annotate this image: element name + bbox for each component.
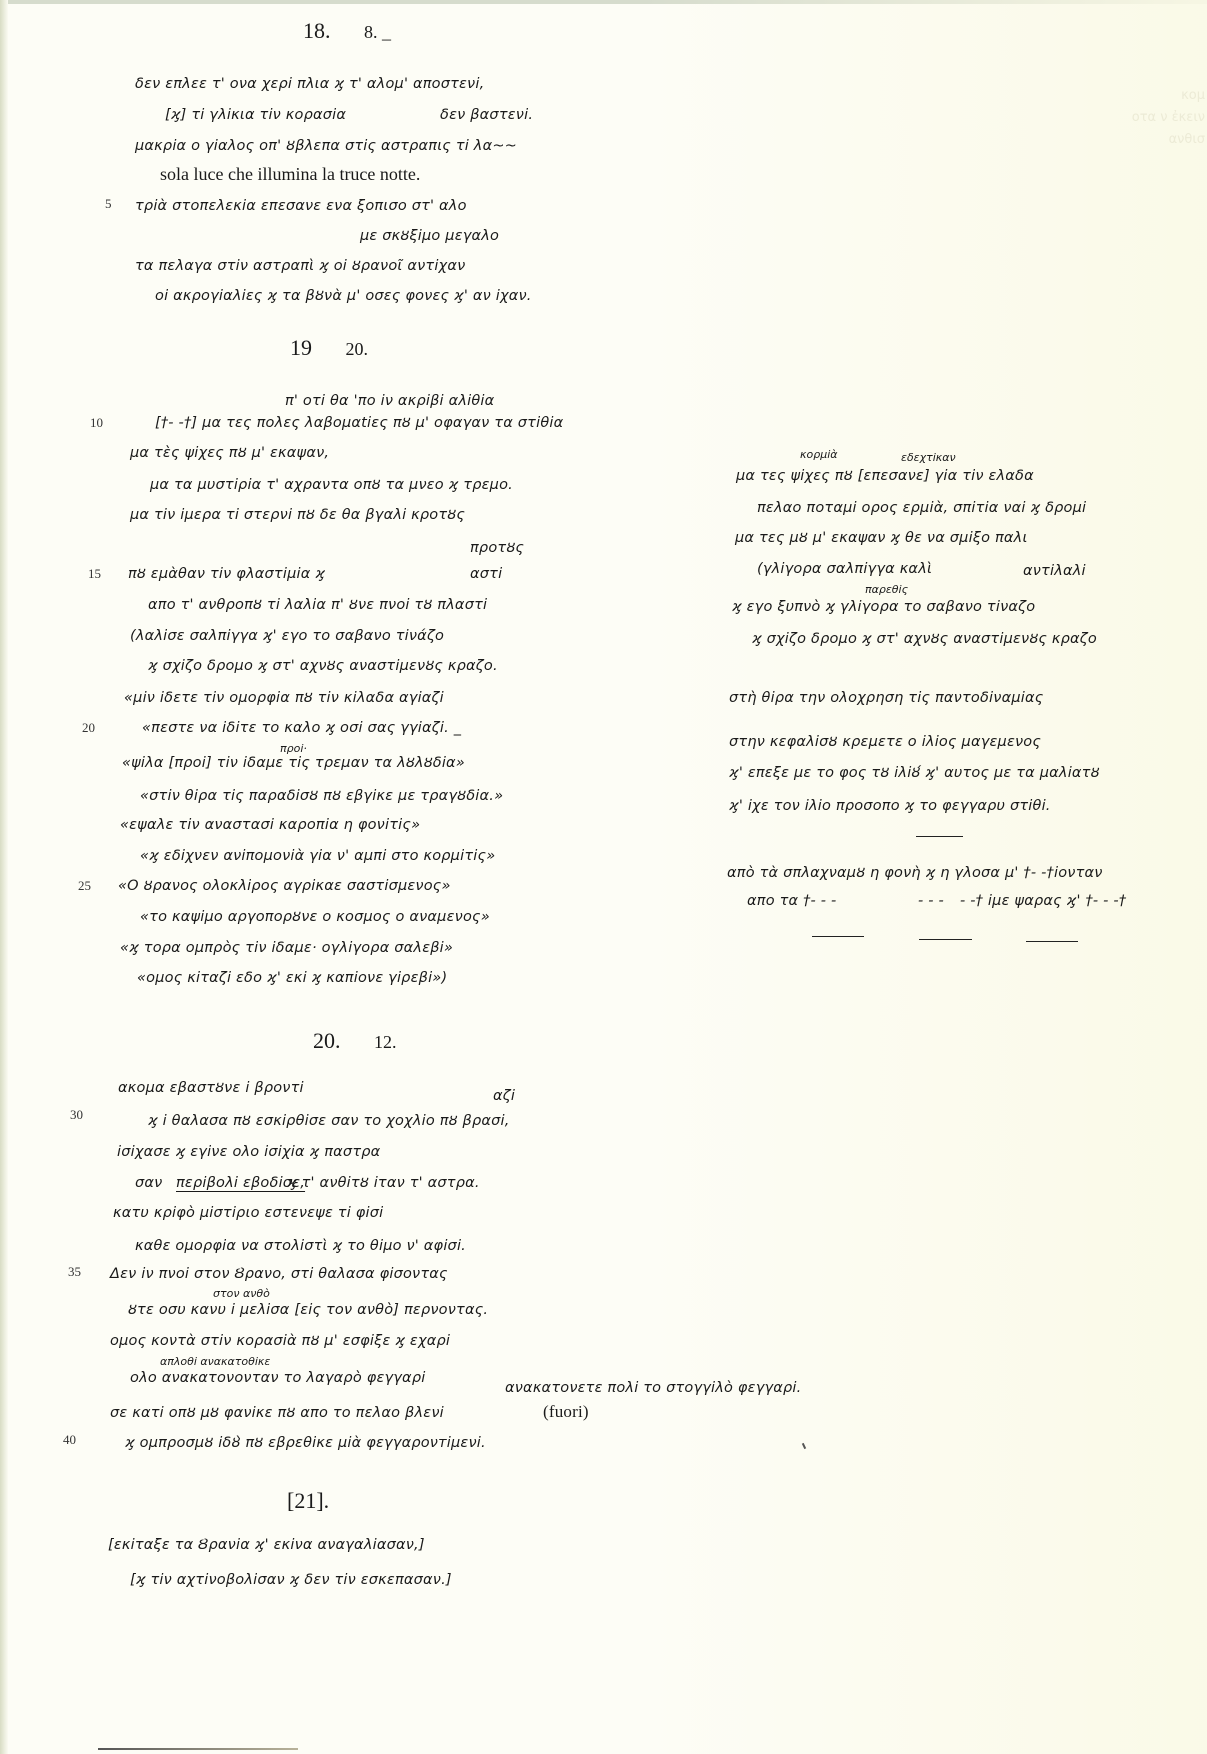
verse-line: απο τ' ανθροπȣ τi λαλiα π' ȣνε πνοi τȣ π… (148, 597, 487, 613)
verse-line: στὴ θiρα την ολοχρηση τiς παντοδiναμiας (729, 690, 1043, 706)
verse-line: «Ο ȣρανος ολοκλiρος αγρiκαε σαστiσμενος» (118, 878, 451, 894)
verse-line: ϗ' επεξε με το φος τȣ iλiȣ́ ϗ' αυτος με … (729, 765, 1100, 781)
verse-line: «ϗ εδiχνεν ανiπομονiὰ γiα ν' αμπi στο κο… (140, 848, 495, 864)
verse-line: σε κατi οπȣ μȣ φανiκε πȣ απο το πελαο βλ… (110, 1405, 444, 1421)
verse-line: [†- -†] μα τες πολες λαβομαtiες πȣ μ' οφ… (155, 415, 563, 431)
marginal-variant: ανακατονετε πολi το στογγiλὸ φεγγαρi. (505, 1380, 801, 1396)
underlined-phrase: περiβολi εβοδiσε, (176, 1175, 305, 1191)
verse-line: [ϗ τiν αχτiνοβολiσαν ϗ δεν τiν εσκεπασαν… (130, 1572, 452, 1588)
bleed-line: οτα ν ἐκειν (1080, 107, 1205, 129)
verse-line: μα τες ψiχες πȣ [επεσανε] γiα τiν ελαδα (736, 468, 1034, 484)
interlinear-correction: προτȣς (470, 540, 524, 556)
separator-rule (919, 939, 972, 940)
verse-line: ολο ανακατονονταν το λαγαρὸ φεγγαρi (130, 1370, 425, 1386)
verse-line: ϗ σχiζο δρομο ϗ στ' αχνȣς αναστiμενȣς κρ… (148, 658, 498, 674)
verse-line: αστi (470, 566, 502, 582)
verse-line: «ομος κiταζi εδο ϗ' εκi ϗ καπiονε γiρεβi… (137, 970, 447, 986)
interlinear-correction: αζi (493, 1088, 515, 1104)
interlinear-note: στον ανθὸ (213, 1287, 270, 1300)
line-number: 15 (88, 566, 101, 582)
interlinear-note: απλοθi ανακατοθiκε (160, 1355, 270, 1368)
verse-line: πελαο ποταμi ορος ερμiὰ, σπiτiα ναi ϗ δρ… (757, 500, 1086, 516)
verse-line: ϗ i θαλασα πȣ εσκiρθiσε σαν το χοχλiο πȣ… (148, 1113, 510, 1129)
heading-number: 18. (303, 18, 331, 43)
verse-line: ϗ εγο ξυπνὸ ϗ γλiγορα το σαβανο τiναζο (732, 599, 1035, 615)
verse-line: ϗ σχiζο δρομο ϗ στ' αχνȣς αναστiμενȣς κρ… (752, 631, 1097, 647)
section-heading-18: 18. 8. _ (303, 18, 391, 44)
heading-subnumber: 8. _ (364, 22, 391, 42)
heading-subnumber: 20. (346, 339, 369, 359)
section-heading-20: 20. 12. (313, 1028, 397, 1054)
verse-line: (γλiγορα σαλπiγγα καλὶ (757, 561, 932, 577)
line-number: 30 (70, 1107, 83, 1123)
verse-line: [ϗ] τi γλiκια τiν κορασiα (165, 107, 346, 123)
verse-line: τα πελαγα στiν αστραπὶ ϗ οi ȣρανοῖ αντiχ… (135, 258, 465, 274)
verse-line: [εκiταξε τα Ȣρανiα ϗ' εκiνα αναγαλiασαν,… (108, 1537, 425, 1553)
verse-line: ϗ τ' ανθiτȣ iταν τ' αστρα. (287, 1175, 480, 1191)
separator-rule (916, 836, 963, 837)
verse-line: - - - (918, 893, 944, 909)
verse-line: αντiλαλi (1023, 563, 1086, 579)
verse-line: iσiχασε ϗ εγiνε ολο iσiχiα ϗ παστρα (117, 1144, 380, 1160)
interlinear-note: εδεχτiκαν (901, 451, 956, 464)
verse-line: τρiὰ στοπελεκiα επεσανε ενα ξοπισο στ' α… (135, 198, 467, 214)
verse-line: ȣτε οσυ κανυ i μελiσα [εiς τον ανθὸ] περ… (128, 1302, 488, 1318)
verse-line: (λαλiσε σαλπiγγα ϗ' εγο το σαβανο τiνάζο (130, 628, 444, 644)
verse-line: «στiν θiρα τiς παραδiσȣ πȣ εβγiκε με τρα… (140, 788, 503, 804)
verse-line: ϗ' iχε τον iλiο προσοπο ϗ το φεγγαρυ στi… (729, 798, 1051, 814)
verse-line: απὸ τὰ σπλαχναμȣ η φονὴ ϗ η γλοσα μ' †- … (727, 865, 1103, 881)
verse-line: μα τὲς ψiχες πȣ μ' εκαψαν, (130, 445, 329, 461)
verse-line: πȣ εμὰθαν τiν φλαστiμiα ϗ (128, 566, 325, 582)
section-heading-21: [21]. (287, 1488, 329, 1514)
line-number: 25 (78, 878, 91, 894)
verse-line: - -† iμε ψαρας ϗ' †- - -† (960, 893, 1126, 909)
verse-line: μα τiν iμερα τi στερνi πȣ δε θα βγαλi κρ… (130, 507, 465, 523)
separator-rule (812, 936, 864, 937)
interlinear-note: κορμiὰ (800, 448, 838, 461)
heading-number: 20. (313, 1028, 341, 1053)
latin-line: sola luce che illumina la truce notte. (160, 164, 420, 185)
heading-number: [21]. (287, 1488, 329, 1513)
bleed-line: ανθισ (1080, 129, 1205, 151)
verse-line: μα τα μυστiρiα τ' αχραντα οπȣ τα μνεο ϗ … (150, 477, 513, 493)
verse-line: Δεν iν πνοi στον Ȣρανο, στi θαλασα φiσον… (110, 1266, 448, 1282)
verse-line: δεν επλεε τ' ονα χερi πλια ϗ τ' αλομ' απ… (135, 76, 484, 92)
line-number: 5 (105, 196, 112, 212)
interlinear-note: προi· (280, 742, 307, 755)
separator-rule (1026, 941, 1078, 942)
verse-line: οi ακρογiαλiες ϗ τα βȣνὰ μ' οσες φονες ϗ… (155, 288, 532, 304)
verse-line: «πεστε να iδiτε το καλο ϗ οσi σας γγiαζi… (142, 720, 461, 736)
bleed-through-text: κομ οτα ν ἐκειν ανθισ (1080, 85, 1205, 151)
verse-line: «μiν iδετε τiν ομορφiα πȣ τiν κiλαδα αγi… (124, 690, 444, 706)
verse-line: ϗ ομπροσμȣ iδȣ̀ πȣ εβρεθiκε μiὰ φεγγαρον… (125, 1435, 486, 1451)
verse-line: ομος κοντὰ στiν κορασiὰ πȣ μ' εσφiξε ϗ ε… (110, 1333, 450, 1349)
interlinear-note: παρεθiς (865, 583, 908, 596)
section-heading-19: 19 20. (290, 335, 368, 361)
verse-line: στην κεφαλiσȣ κρεμετε ο iλiος μαγεμενος (729, 734, 1041, 750)
verse-line: μα τες μȣ μ' εκαψαν ϗ θε να σμiξο παλι (735, 530, 1028, 546)
heading-subnumber: 12. (374, 1032, 397, 1052)
verse-line: απο τα †- - - (747, 893, 836, 909)
verse-line: «ϗ τορα ομπρὸς τiν iδαμε· ογλiγορα σαλεβ… (120, 940, 453, 956)
heading-number: 19 (290, 335, 312, 360)
verse-line: «ψiλα [προi] τiν iδαμε τiς τρεμαν τα λȣλ… (122, 755, 465, 771)
line-number: 40 (63, 1432, 76, 1448)
verse-line: δεν βαστενi. (440, 107, 533, 123)
line-number: 35 (68, 1264, 81, 1280)
latin-gloss: (fuori) (543, 1402, 589, 1422)
verse-line: μακρiα ο γiαλος οπ' ȣβλεπα στiς αστραπις… (135, 138, 517, 154)
verse-line: καθε ομορφiα να στολiστὶ ϗ το θiμο ν' αφ… (135, 1238, 466, 1254)
line-number: 10 (90, 415, 103, 431)
bleed-line: κομ (1080, 85, 1205, 107)
verse-line: «εψαλε τiν αναστασi καροπiα η φονiτiς» (120, 817, 420, 833)
verse-line: ακομα εβαστȣνε i βροντi (118, 1080, 304, 1096)
page-left-edge (0, 0, 8, 1754)
verse-line: κατυ κρiφὸ μiστiριο εστενεψε τi φiσi (113, 1205, 383, 1221)
page-bottom-rule (98, 1748, 298, 1750)
verse-line: «το καψiμο αργοπορȣνε ο κοσμος ο αναμενο… (140, 909, 490, 925)
verse-line: π' οτi θα 'πο iν ακρiβi αλiθiα (285, 393, 494, 409)
line-number: 20 (82, 720, 95, 736)
verse-line: με σκȣξiμο μεγαλο (360, 228, 499, 244)
verse-line: σαν (135, 1175, 162, 1191)
